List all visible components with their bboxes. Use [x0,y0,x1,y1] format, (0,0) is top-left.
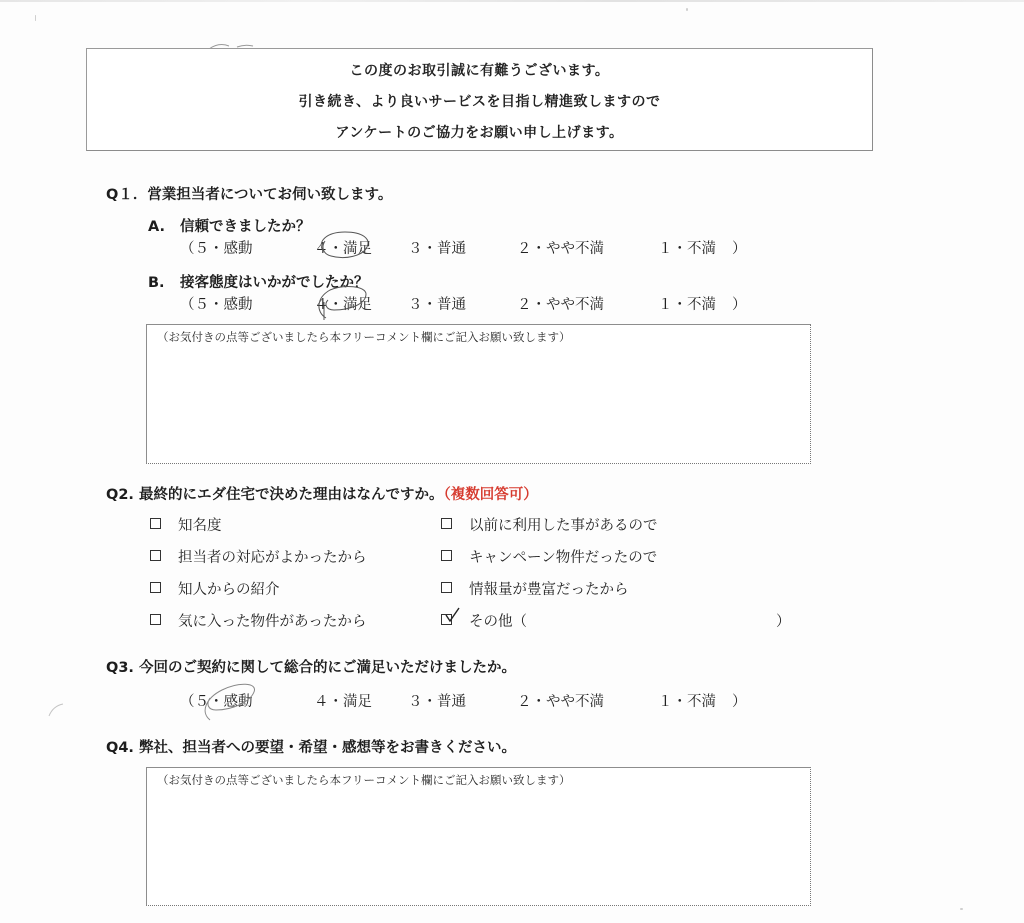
greeting-box: この度のお取引誠に有難うございます。 引き続き、より良いサービスを目指し精進致し… [86,48,873,151]
checkbox-unchecked-icon[interactable] [441,550,452,561]
survey-page: この度のお取引誠に有難うございます。 引き続き、より良いサービスを目指し精進致し… [0,0,1024,923]
scan-speck [35,15,36,21]
q1b-option-1[interactable]: １・不満 [658,293,716,314]
q1b-option-2[interactable]: ２・やや不満 [517,293,604,314]
q4-comment-box[interactable]: （お気付きの点等ございましたら本フリーコメント欄にご記入お願い致します） [146,767,811,906]
q1b-paren-close: ） [732,293,747,314]
q1a-question: A.信頼できましたか？ [148,215,311,236]
q2-option-label: 以前に利用した事があるので [469,514,658,535]
q3-option-5[interactable]: （５・感動 [180,690,253,711]
q1a-option-4[interactable]: ４・満足 [314,237,372,258]
q3-option-3[interactable]: ３・普通 [408,690,466,711]
q1b-rating-scale: （５・感動 ４・満足 ３・普通 ２・やや不満 １・不満 ） [180,293,760,315]
q1a-option-2[interactable]: ２・やや不満 [517,237,604,258]
q4-title: Q4. 弊社、担当者への要望・希望・感想等をお書きください。 [106,736,516,757]
q1a-paren-close: ） [732,237,747,258]
q2-option-label: キャンペーン物件だったので [469,546,657,567]
q1b-question-text: 接客態度はいかがでしたか？ [180,275,369,291]
q3-title: Q3. 今回のご契約に関して総合的にご満足いただけましたか。 [106,656,516,677]
q3-option-2[interactable]: ２・やや不満 [517,690,604,711]
q2-title-text: Q2. 最終的にエダ住宅で決めた理由はなんですか。 [106,487,443,503]
scan-speck [960,908,963,910]
q1a-letter: A. [148,219,180,235]
q2-multiple-answer-note: （複数回答可） [443,487,537,503]
q2-option-label: 気に入った物件があったから [178,610,366,631]
q1b-option-5[interactable]: （５・感動 [180,293,253,314]
checkbox-unchecked-icon[interactable] [150,582,161,593]
q2-option-label: その他（ [469,610,527,631]
q1a-option-3[interactable]: ３・普通 [408,237,466,258]
greeting-line-2: 引き続き、より良いサービスを目指し精進致しますので [87,91,872,111]
q1b-option-4[interactable]: ４・満足 [314,293,372,314]
q3-option-4[interactable]: ４・満足 [314,690,372,711]
q1b-option-3[interactable]: ３・普通 [408,293,466,314]
q2-option-label: 知名度 [178,514,222,535]
q1a-option-1[interactable]: １・不満 [658,237,716,258]
greeting-line-1: この度のお取引誠に有難うございます。 [87,60,872,80]
checkbox-unchecked-icon[interactable] [150,550,161,561]
q4-comment-hint: （お気付きの点等ございましたら本フリーコメント欄にご記入お願い致します） [157,772,571,788]
q3-option-1[interactable]: １・不満 [658,690,716,711]
scan-speck [686,8,688,11]
checkbox-unchecked-icon[interactable] [441,582,452,593]
checkbox-unchecked-icon[interactable] [150,518,161,529]
q2-option-label: 知人からの紹介 [178,578,280,599]
q2-other-paren-close: ） [776,610,791,631]
scan-edge-artifact [0,0,1024,2]
q1b-question: B.接客態度はいかがでしたか？ [148,271,369,292]
pencil-stray-mark [45,700,75,720]
q1b-letter: B. [148,275,180,291]
q2-option-label: 情報量が豊富だったから [469,578,629,599]
q1-comment-box[interactable]: （お気付きの点等ございましたら本フリーコメント欄にご記入お願い致します） [146,324,811,464]
q1a-rating-scale: （５・感動 ４・満足 ３・普通 ２・やや不満 １・不満 ） [180,237,760,259]
checkbox-unchecked-icon[interactable] [150,614,161,625]
q1-title: Q１．営業担当者についてお伺い致します。 [106,183,392,204]
q3-rating-scale: （５・感動 ４・満足 ３・普通 ２・やや不満 １・不満 ） [180,690,760,712]
q1a-option-5[interactable]: （５・感動 [180,237,253,258]
checkmark-icon [443,606,461,624]
q2-option-label: 担当者の対応がよかったから [178,546,367,567]
greeting-line-3: アンケートのご協力をお願い申し上げます。 [87,122,872,142]
q1a-question-text: 信頼できましたか？ [180,219,311,235]
q3-paren-close: ） [732,690,747,711]
checkbox-unchecked-icon[interactable] [441,518,452,529]
q2-title: Q2. 最終的にエダ住宅で決めた理由はなんですか。（複数回答可） [106,483,538,504]
q1-comment-hint: （お気付きの点等ございましたら本フリーコメント欄にご記入お願い致します） [157,329,571,345]
